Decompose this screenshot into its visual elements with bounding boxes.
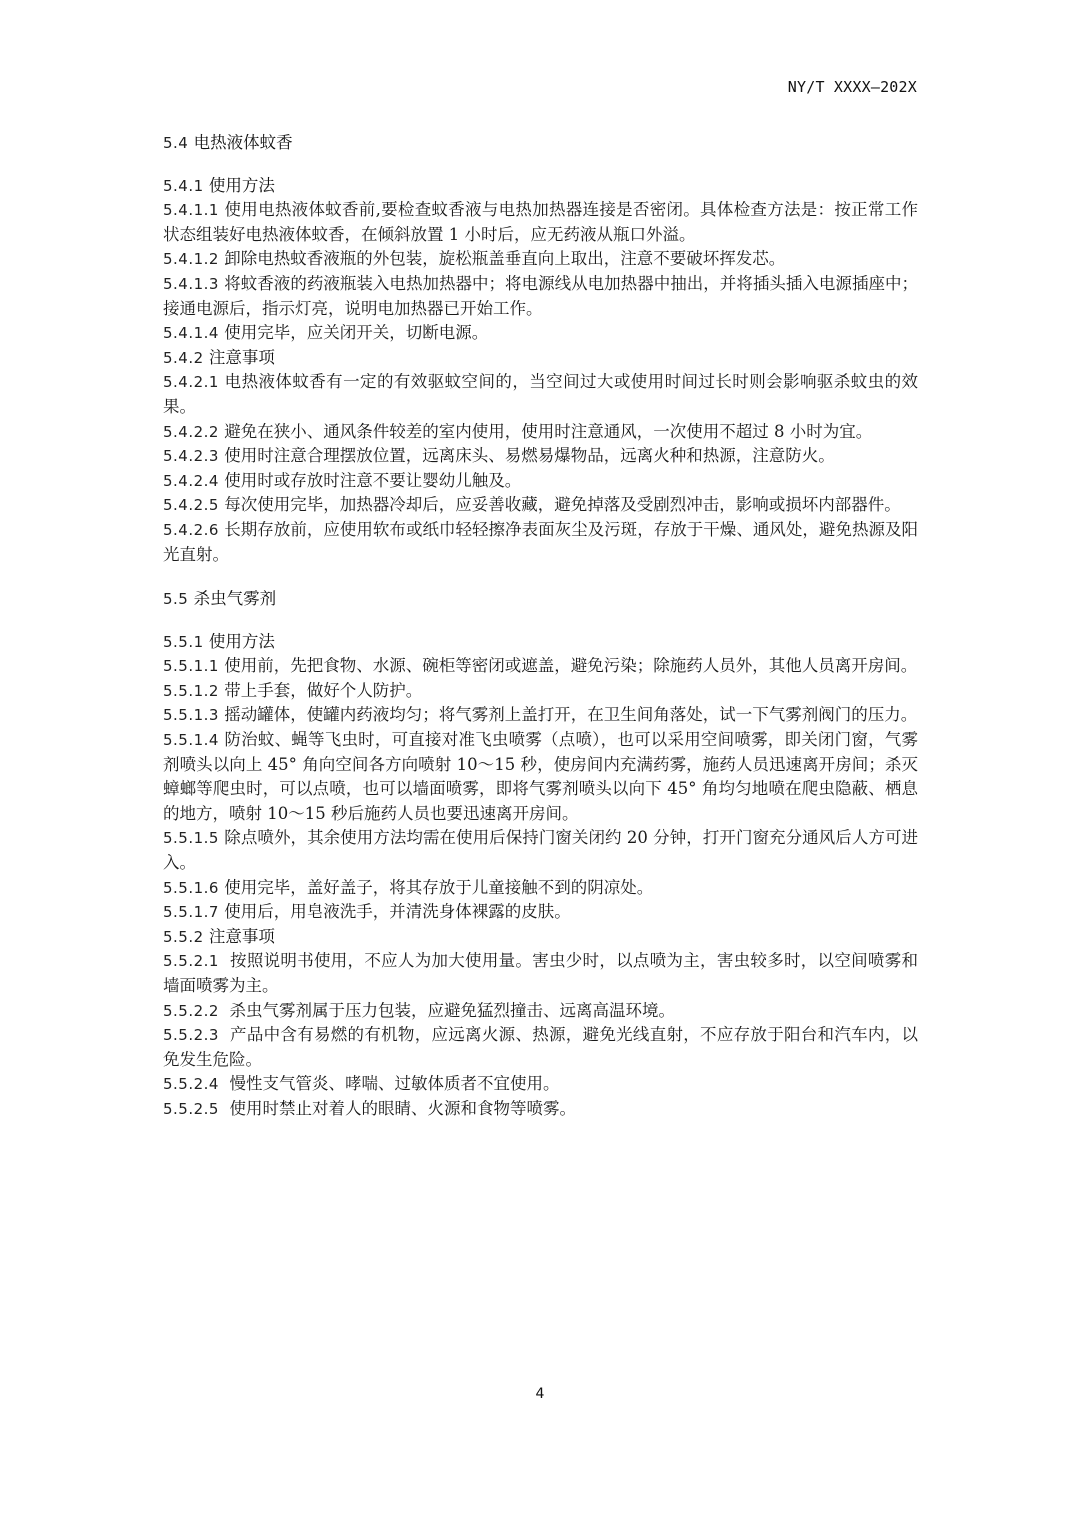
clause-5-5-1-5: 5.5.1.5 除点喷外，其余使用方法均需在使用后保持门窗关闭约 20 分钟，打…: [163, 826, 918, 875]
clause-5-5-2-5: 5.5.2.5 使用时禁止对着人的眼睛、火源和食物等喷雾。: [163, 1097, 918, 1122]
clause-5-5-2-1: 5.5.2.1 按照说明书使用，不应人为加大使用量。害虫少时，以点喷为主，害虫较…: [163, 949, 918, 998]
clause-5-4-2-4: 5.4.2.4 使用时或存放时注意不要让婴幼儿触及。: [163, 469, 918, 494]
clause-5-5-1-2: 5.5.1.2 带上手套，做好个人防护。: [163, 679, 918, 704]
section-heading-5-4: 5.4 电热液体蚊香: [163, 131, 918, 156]
clause-5-5-2-4: 5.5.2.4 慢性支气管炎、哮喘、过敏体质者不宜使用。: [163, 1072, 918, 1097]
standard-code-header: NY/T XXXX—202X: [788, 78, 917, 96]
clause-5-5-2-2: 5.5.2.2 杀虫气雾剂属于压力包装，应避免猛烈撞击、远离高温环境。: [163, 999, 918, 1024]
clause-5-4-2-3: 5.4.2.3 使用时注意合理摆放位置，远离床头、易燃易爆物品，远离火种和热源，…: [163, 444, 918, 469]
clause-5-5-1-4: 5.5.1.4 防治蚊、蝇等飞虫时，可直接对准飞虫喷雾（点喷），也可以采用空间喷…: [163, 728, 918, 826]
clause-5-5-1-1: 5.5.1.1 使用前，先把食物、水源、碗柜等密闭或遮盖，避免污染；除施药人员外…: [163, 654, 918, 679]
clause-5-4-1-1: 5.4.1.1 使用电热液体蚊香前,要检查蚊香液与电热加热器连接是否密闭。具体检…: [163, 198, 918, 247]
subsection-heading-5-4-1: 5.4.1 使用方法: [163, 174, 918, 199]
clause-5-5-1-7: 5.5.1.7 使用后，用皂液洗手，并清洗身体裸露的皮肤。: [163, 900, 918, 925]
clause-5-5-1-3: 5.5.1.3 摇动罐体，使罐内药液均匀；将气雾剂上盖打开，在卫生间角落处，试一…: [163, 703, 918, 728]
page-number: 4: [0, 1386, 1080, 1402]
document-body: 5.4 电热液体蚊香 5.4.1 使用方法 5.4.1.1 使用电热液体蚊香前,…: [163, 131, 918, 1122]
clause-5-4-2-2: 5.4.2.2 避免在狭小、通风条件较差的室内使用，使用时注意通风，一次使用不超…: [163, 420, 918, 445]
clause-5-4-2-5: 5.4.2.5 每次使用完毕，加热器冷却后，应妥善收藏，避免掉落及受剧烈冲击，影…: [163, 493, 918, 518]
clause-5-4-1-4: 5.4.1.4 使用完毕，应关闭开关，切断电源。: [163, 321, 918, 346]
clause-5-4-1-2: 5.4.1.2 卸除电热蚊香液瓶的外包装，旋松瓶盖垂直向上取出，注意不要破坏挥发…: [163, 247, 918, 272]
document-page: NY/T XXXX—202X 5.4 电热液体蚊香 5.4.1 使用方法 5.4…: [0, 0, 1080, 1527]
clause-5-5-2-3: 5.5.2.3 产品中含有易燃的有机物，应远离火源、热源，避免光线直射，不应存放…: [163, 1023, 918, 1072]
section-heading-5-5: 5.5 杀虫气雾剂: [163, 587, 918, 612]
clause-5-4-1-3: 5.4.1.3 将蚊香液的药液瓶装入电热加热器中；将电源线从电加热器中抽出，并将…: [163, 272, 918, 321]
clause-5-4-2-1: 5.4.2.1 电热液体蚊香有一定的有效驱蚊空间的，当空间过大或使用时间过长时则…: [163, 370, 918, 419]
subsection-heading-5-4-2: 5.4.2 注意事项: [163, 346, 918, 371]
clause-5-4-2-6: 5.4.2.6 长期存放前，应使用软布或纸巾轻轻擦净表面灰尘及污斑，存放于干燥、…: [163, 518, 918, 567]
subsection-heading-5-5-2: 5.5.2 注意事项: [163, 925, 918, 950]
clause-5-5-1-6: 5.5.1.6 使用完毕，盖好盖子，将其存放于儿童接触不到的阴凉处。: [163, 876, 918, 901]
subsection-heading-5-5-1: 5.5.1 使用方法: [163, 630, 918, 655]
